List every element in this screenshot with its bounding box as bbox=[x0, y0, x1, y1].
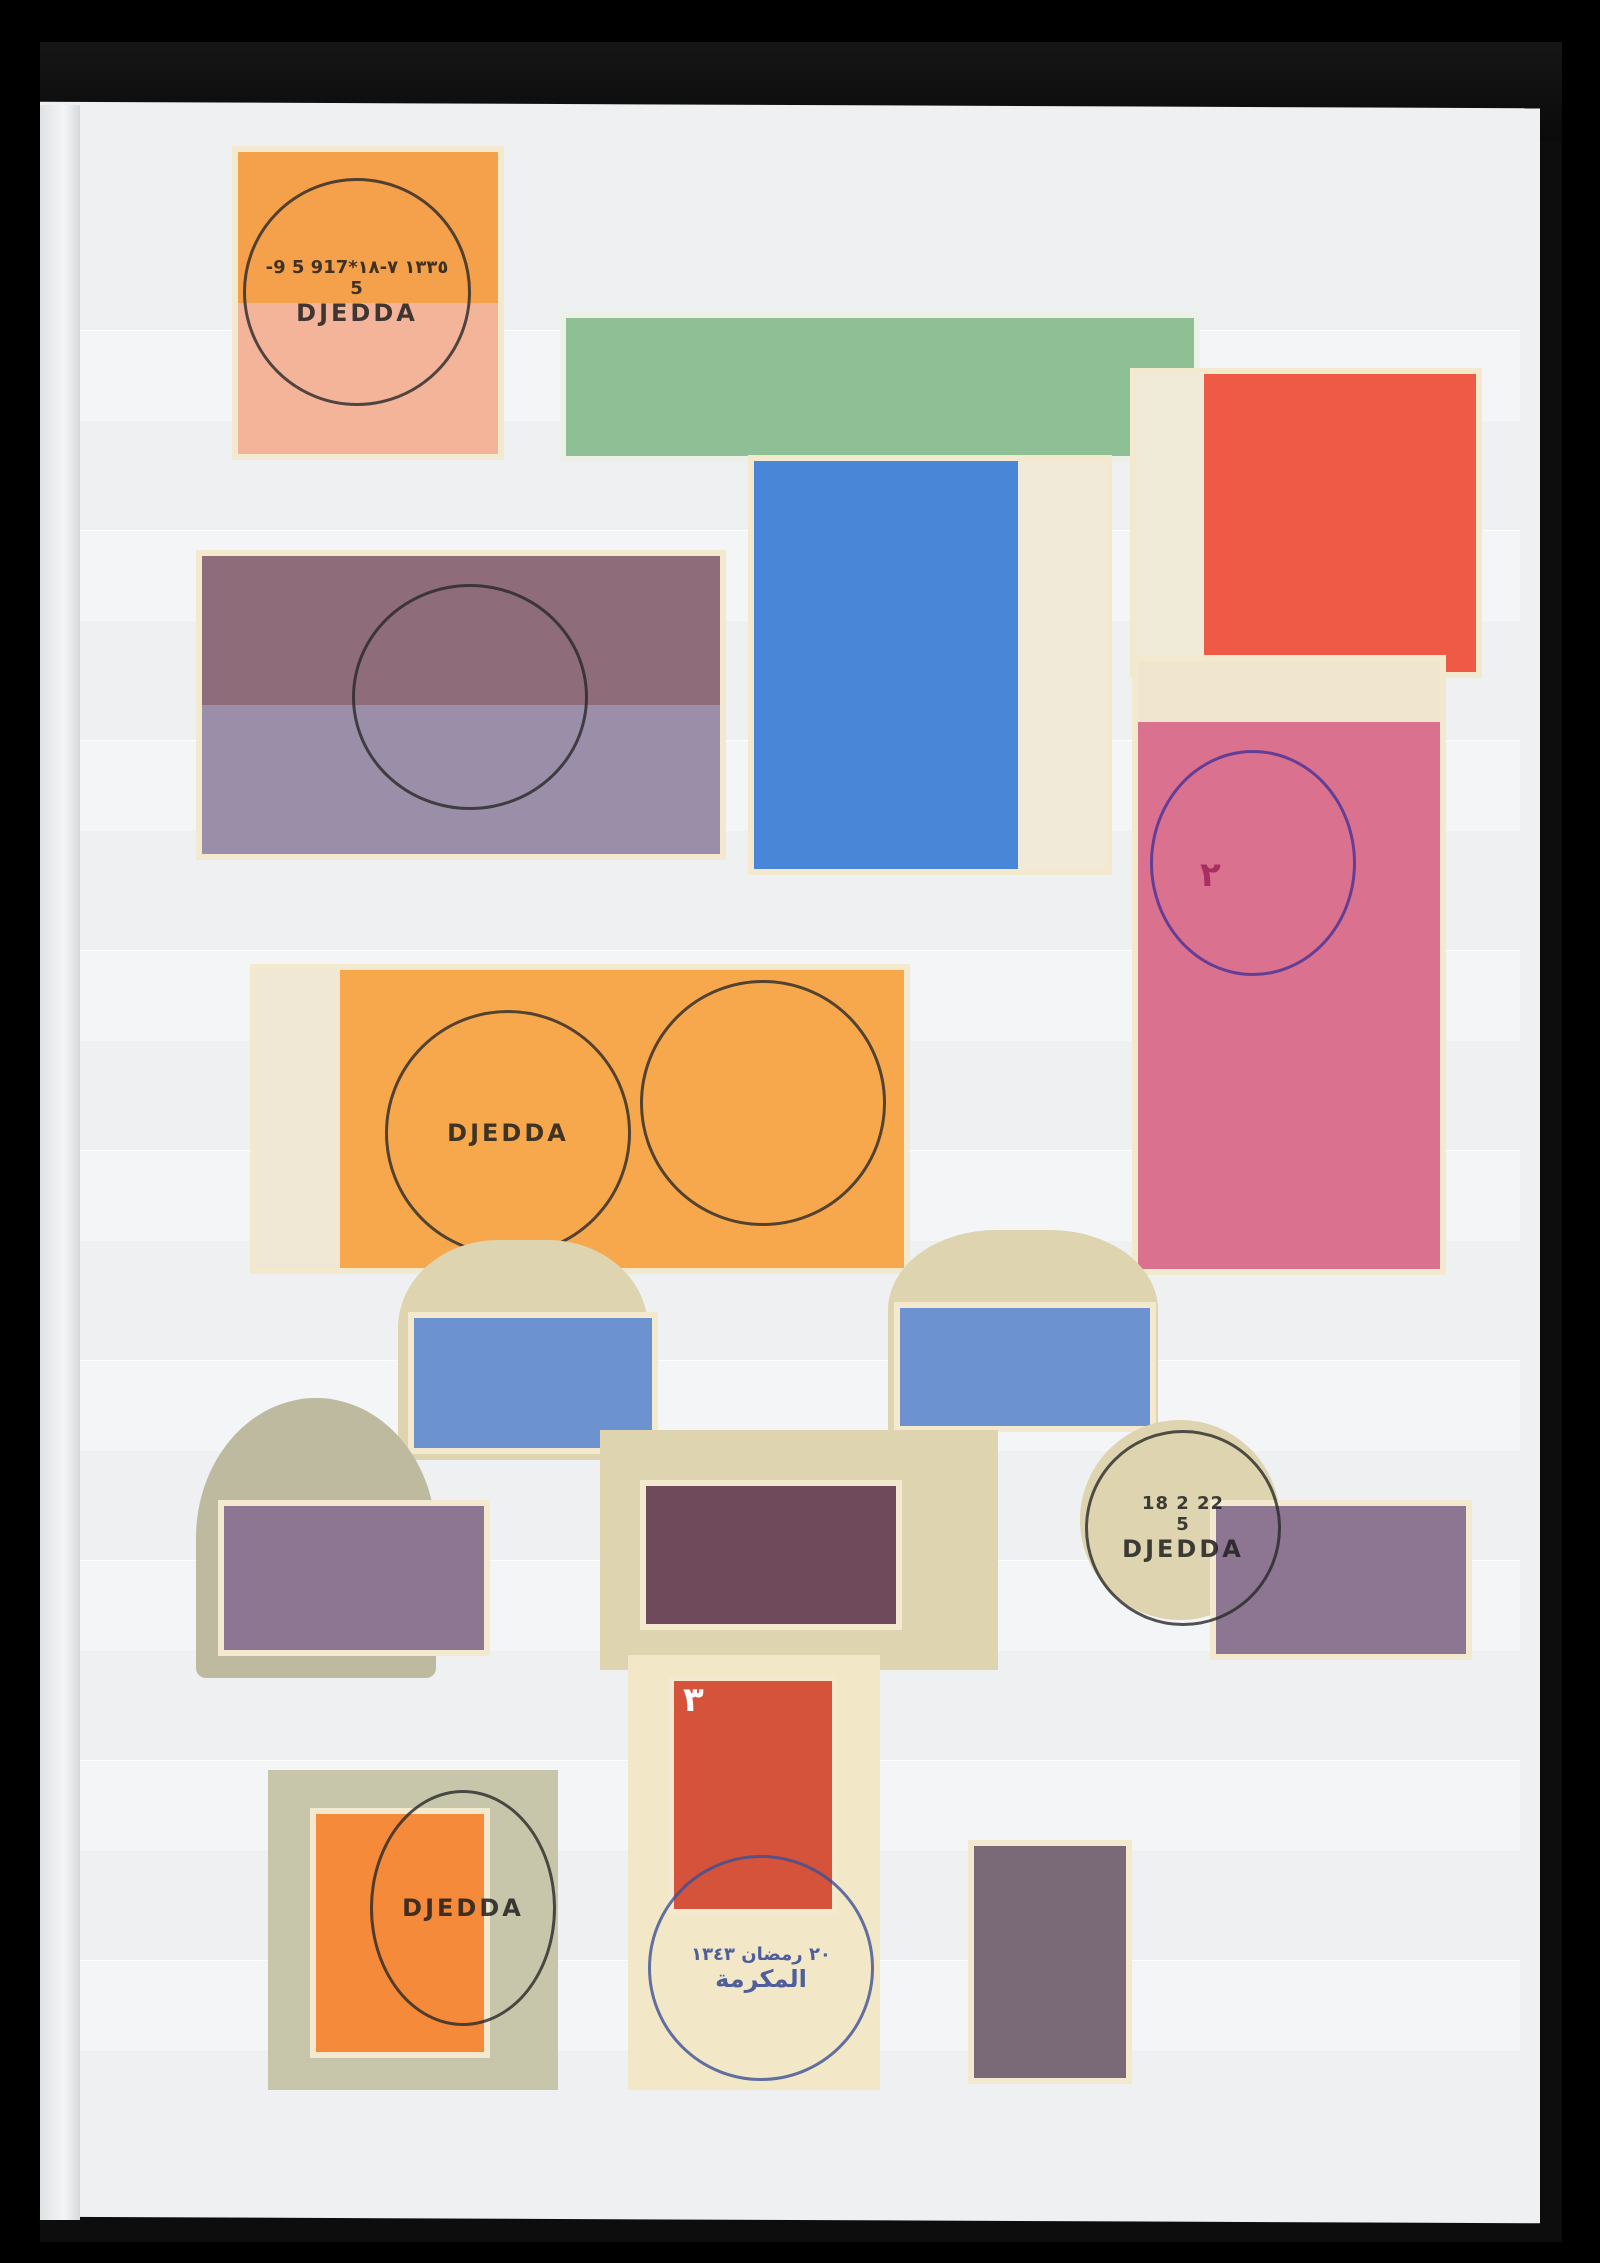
postmark-makkah: ٢٠ رمضان ١٣٤٣ المكرمة bbox=[648, 1855, 874, 2081]
stamp-blue-overprint-right bbox=[894, 1302, 1156, 1432]
stamp-brown-overprint-center bbox=[640, 1480, 902, 1630]
postmark bbox=[640, 980, 886, 1226]
postmark bbox=[1150, 750, 1356, 976]
postmark-djedda: DJEDDA bbox=[370, 1790, 556, 2026]
postmark-djedda: 18 2 22 5 DJEDDA bbox=[1085, 1430, 1281, 1626]
stamp-brown-small bbox=[968, 1840, 1132, 2084]
postmark bbox=[352, 584, 588, 810]
denomination: ٣ bbox=[683, 1680, 704, 1720]
stamp-green-pair bbox=[560, 312, 1200, 462]
postmark-djedda: DJEDDA bbox=[385, 1010, 631, 1256]
stamp-red-pair bbox=[1130, 368, 1482, 678]
stamp-brown-overprint-left bbox=[218, 1500, 490, 1656]
stamp-blue-pair bbox=[748, 455, 1112, 875]
postmark-djedda: -9 5 917*١٣٣٥ ٧-١٨ 5 DJEDDA bbox=[243, 178, 471, 406]
page-binding bbox=[40, 105, 80, 2220]
